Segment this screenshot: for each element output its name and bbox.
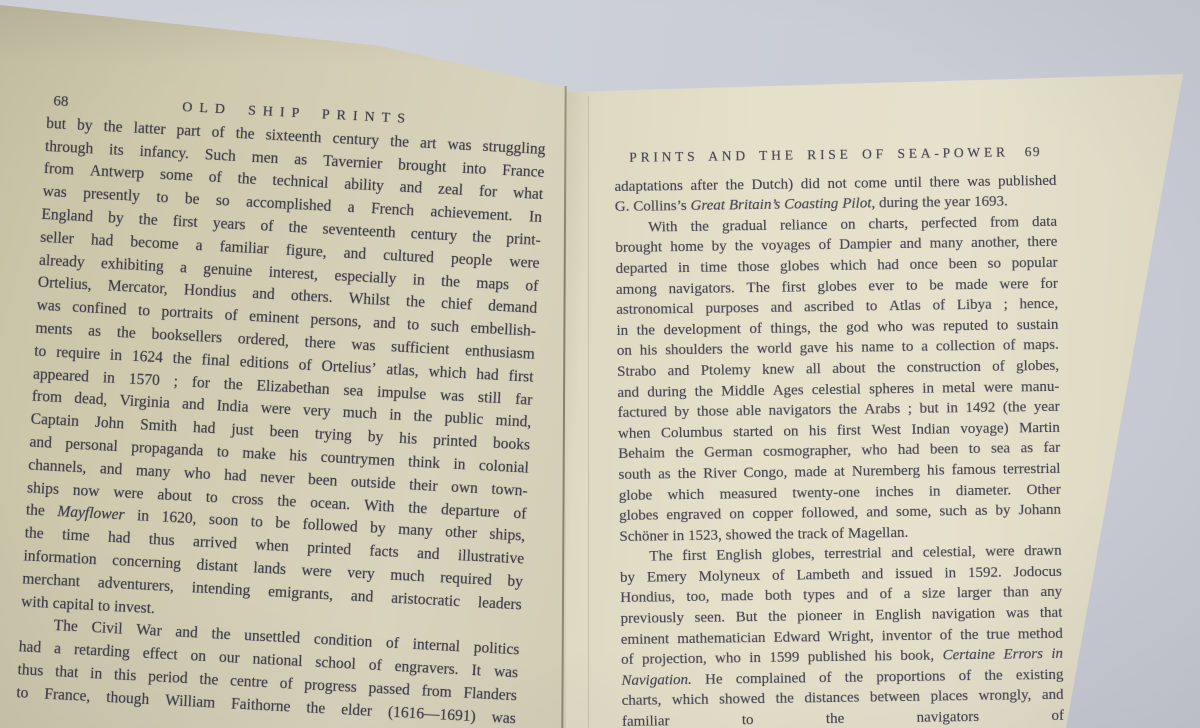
left-page: 68 OLD SHIP PRINTS butbythelatterpartoft… [0,0,568,728]
right-running-head: PRINTS AND THE RISE OF SEA-POWER [629,142,1009,168]
open-book-photo: 68 OLD SHIP PRINTS butbythelatterpartoft… [0,0,1200,728]
left-page-number: 68 [53,90,69,114]
left-page-text-block: 68 OLD SHIP PRINTS butbythelatterpartoft… [16,90,548,728]
right-running-head-row: PRINTS AND THE RISE OF SEA-POWER 69 [614,142,1056,169]
gutter-crease-line [588,96,589,728]
right-page: PRINTS AND THE RISE OF SEA-POWER 69 adap… [566,0,1200,728]
left-page-body-text: butbythelatterpartofthesixteenthcenturyt… [16,113,546,728]
right-page-body-text: adaptationsaftertheDutch)didnotcomeuntil… [614,170,1064,728]
right-page-text-block: PRINTS AND THE RISE OF SEA-POWER 69 adap… [614,142,1064,728]
right-page-number: 69 [1025,142,1041,163]
